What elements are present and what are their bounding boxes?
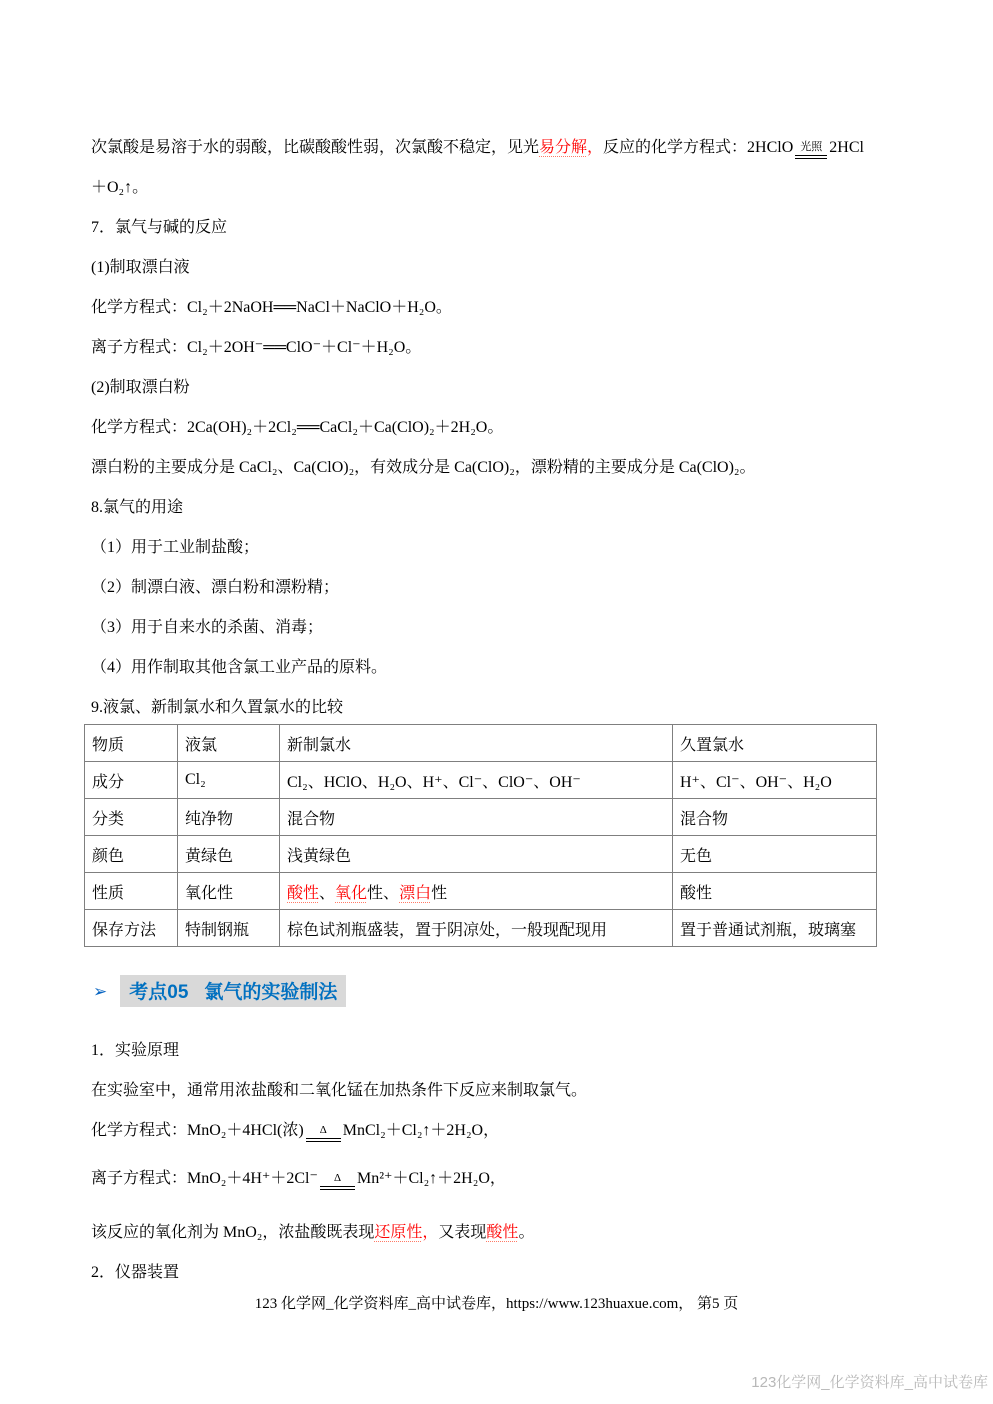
heading-8-chlorine-uses: 8.氯气的用途 [91, 488, 949, 528]
heading-7-chlorine-base-reaction: 7．氯气与碱的反应 [91, 208, 949, 248]
table-row-color: 颜色 黄绿色 浅黄绿色 无色 [85, 836, 877, 873]
use-item-1: （1）用于工业制盐酸； [91, 528, 949, 568]
table-cell: 无色 [673, 836, 877, 873]
table-cell: 黄绿色 [178, 836, 280, 873]
table-cell: H⁺、Cl⁻、OH⁻、H₂O [673, 762, 877, 799]
site-watermark: 123化学网_化学资料库_高中试卷库 [751, 1371, 988, 1392]
exam-point-title: 氯气的实验制法 [204, 982, 337, 1003]
eq-mno2-hcl-chemical: 化学方程式：MnO₂＋4HCl(浓)ΔMnCl₂＋Cl₂↑＋2H₂O， [91, 1111, 949, 1151]
eq-mno2-hcl-ionic: 离子方程式：MnO₂＋4H⁺＋2Cl⁻ΔMn²⁺＋Cl₂↑＋2H₂O， [91, 1159, 949, 1199]
table-cell-fresh-chlorine-water: 新制氯水 [280, 725, 673, 762]
para-lab-method: 在实验室中，通常用浓盐酸和二氧化锰在加热条件下反应来制取氯气。 [91, 1071, 949, 1111]
table-cell: 浅黄绿色 [280, 836, 673, 873]
table-cell: 氧化性 [178, 873, 280, 910]
eq-cl2-naoh-chemical: 化学方程式：Cl₂＋2NaOH══NaCl＋NaClO＋H₂O。 [91, 288, 949, 328]
para-hclo-properties: 次氯酸是易溶于水的弱酸，比碳酸酸性弱，次氯酸不稳定，见光易分解，反应的化学方程式… [91, 128, 949, 168]
document-page: 次氯酸是易溶于水的弱酸，比碳酸酸性弱，次氯酸不稳定，见光易分解，反应的化学方程式… [0, 0, 993, 1404]
table-row-composition: 成分 Cl₂ Cl₂、HClO、H₂O、H⁺、Cl⁻、ClO⁻、OH⁻ H⁺、C… [85, 762, 877, 799]
table-row-category: 分类 纯净物 混合物 混合物 [85, 799, 877, 836]
table-cell-liquid-chlorine: 液氯 [178, 725, 280, 762]
exam-point-title-highlight: 考点05氯气的实验制法 [120, 975, 346, 1007]
use-item-3: （3）用于自来水的杀菌、消毒； [91, 608, 949, 648]
table-cell: 棕色试剂瓶盛装，置于阴凉处，一般现配现用 [280, 910, 673, 947]
eq-caoh2-cl2-chemical: 化学方程式：2Ca(OH)₂＋2Cl₂══CaCl₂＋Ca(ClO)₂＋2H₂O… [91, 408, 949, 448]
section-experiment: 1．实验原理 在实验室中，通常用浓盐酸和二氧化锰在加热条件下反应来制取氯气。 化… [91, 1031, 949, 1293]
heading-2-apparatus: 2．仪器装置 [91, 1253, 949, 1293]
heading-1-experiment-principle: 1．实验原理 [91, 1031, 949, 1071]
label-2-bleaching-powder: (2)制取漂白粉 [91, 368, 949, 408]
table-cell: 分类 [85, 799, 178, 836]
page-footer: 123 化学网_化学资料库_高中试卷库，https://www.123huaxu… [0, 1292, 993, 1313]
label-1-bleach-solution: (1)制取漂白液 [91, 248, 949, 288]
heading-9-comparison: 9.液氯、新制氯水和久置氯水的比较 [91, 688, 949, 728]
table-cell: 颜色 [85, 836, 178, 873]
table-cell: Cl₂、HClO、H₂O、H⁺、Cl⁻、ClO⁻、OH⁻ [280, 762, 673, 799]
table-cell: 混合物 [280, 799, 673, 836]
table-row-storage: 保存方法 特制钢瓶 棕色试剂瓶盛装，置于阴凉处，一般现配现用 置于普通试剂瓶，玻… [85, 910, 877, 947]
para-oxidizer-note: 该反应的氧化剂为 MnO₂，浓盐酸既表现还原性，又表现酸性。 [91, 1213, 949, 1253]
table-cell-properties-highlighted: 酸性、氧化性、漂白性 [280, 873, 673, 910]
table-cell: 性质 [85, 873, 178, 910]
table-row-property: 性质 氧化性 酸性、氧化性、漂白性 酸性 [85, 873, 877, 910]
para-bleaching-powder-composition: 漂白粉的主要成分是 CaCl₂、Ca(ClO)₂，有效成分是 Ca(ClO)₂，… [91, 448, 949, 488]
chlorine-water-comparison-table: 物质 液氯 新制氯水 久置氯水 成分 Cl₂ Cl₂、HClO、H₂O、H⁺、C… [84, 724, 877, 947]
table-cell-aged-chlorine-water: 久置氯水 [673, 725, 877, 762]
use-item-4: （4）用作制取其他含氯工业产品的原料。 [91, 648, 949, 688]
table-cell: 置于普通试剂瓶，玻璃塞 [673, 910, 877, 947]
table-cell: 保存方法 [85, 910, 178, 947]
para-hclo-wrap: ＋O₂↑。 [91, 168, 949, 208]
table-cell: Cl₂ [178, 762, 280, 799]
exam-point-label: 考点05 [129, 982, 188, 1003]
table-cell-substance: 物质 [85, 725, 178, 762]
table-cell: 酸性 [673, 873, 877, 910]
table-cell: 混合物 [673, 799, 877, 836]
table-row-header: 物质 液氯 新制氯水 久置氯水 [85, 725, 877, 762]
eq-cl2-naoh-ionic: 离子方程式：Cl₂＋2OH⁻══ClO⁻＋Cl⁻＋H₂O。 [91, 328, 949, 368]
page-content: 次氯酸是易溶于水的弱酸，比碳酸酸性弱，次氯酸不稳定，见光易分解，反应的化学方程式… [91, 128, 949, 1293]
table-cell: 纯净物 [178, 799, 280, 836]
exam-point-heading: ➢ 考点05氯气的实验制法 [93, 977, 949, 1005]
use-item-2: （2）制漂白液、漂白粉和漂粉精； [91, 568, 949, 608]
table-cell: 特制钢瓶 [178, 910, 280, 947]
arrow-bullet-icon: ➢ [93, 983, 107, 1000]
table-cell: 成分 [85, 762, 178, 799]
